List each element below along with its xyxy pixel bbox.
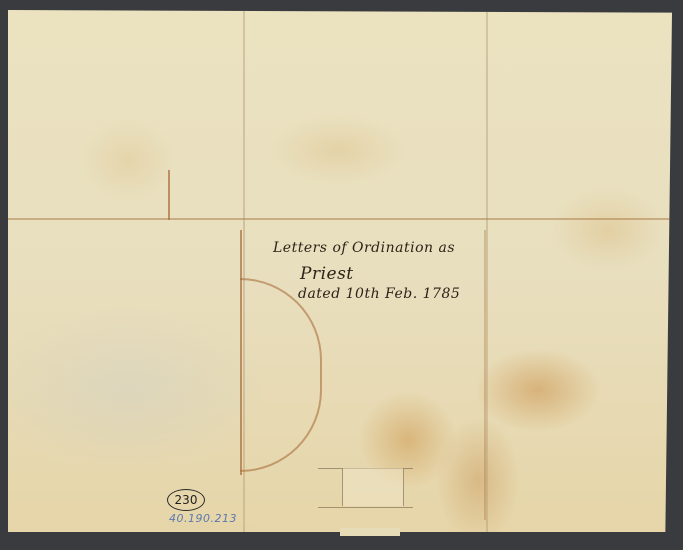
paper-tab-strip <box>340 528 400 536</box>
fold-stain-line <box>484 230 486 520</box>
endorsement-line-2: Priest <box>300 264 354 284</box>
endorsement-line-3: dated 10th Feb. 1785 <box>298 286 460 302</box>
accession-number: 40.190.213 <box>169 512 237 525</box>
vertical-fold-right <box>486 10 488 532</box>
paper-tab <box>342 468 404 506</box>
stain-line <box>168 170 170 220</box>
endorsement-line-1: Letters of Ordination as <box>273 240 455 256</box>
catalog-number-circled: 230 <box>167 489 205 511</box>
horizontal-fold <box>8 218 672 220</box>
